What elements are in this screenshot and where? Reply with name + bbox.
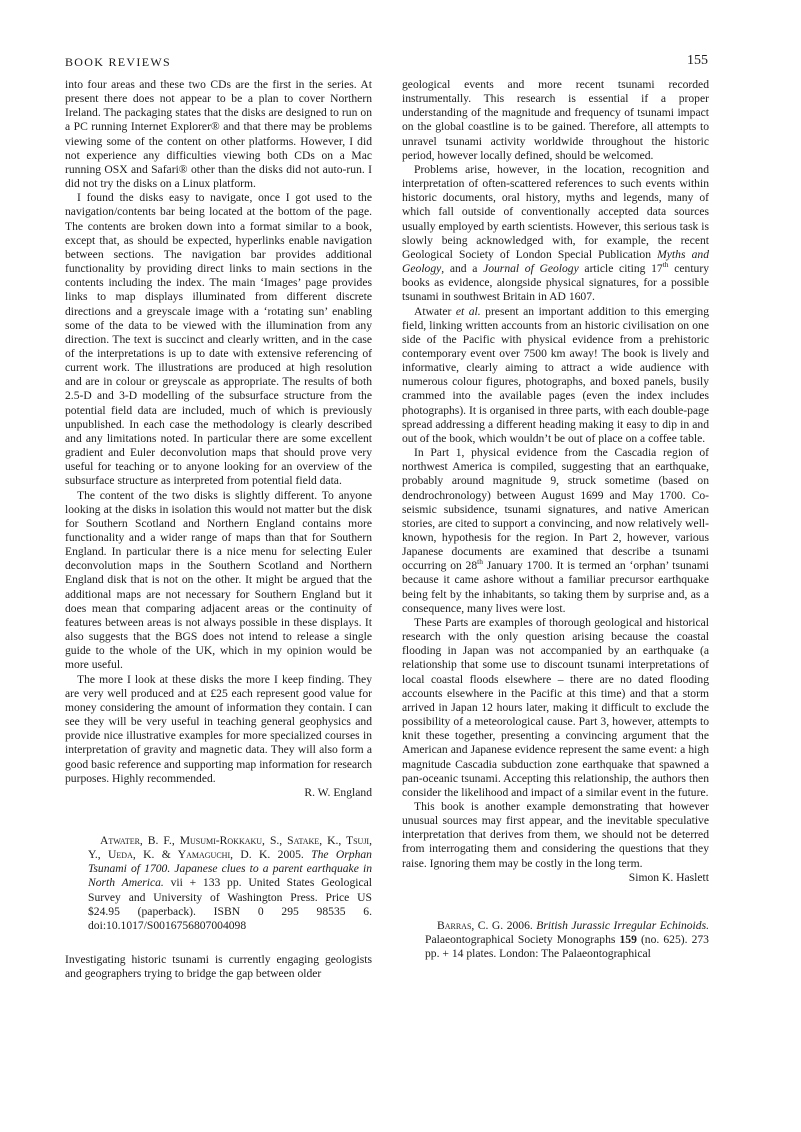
cited-title: Journal of Geology	[483, 262, 579, 275]
paragraph: geological events and more recent tsunam…	[402, 78, 709, 163]
paragraph: The more I look at these disks the more …	[65, 673, 372, 786]
paragraph: This book is another example demonstrati…	[402, 800, 709, 871]
right-column: geological events and more recent tsunam…	[402, 78, 709, 961]
paragraph: Investigating historic tsunami is curren…	[65, 953, 372, 981]
paragraph: These Parts are examples of thorough geo…	[402, 616, 709, 800]
paragraph: Atwater et al. present an important addi…	[402, 305, 709, 447]
paragraph: Problems arise, however, in the location…	[402, 163, 709, 305]
reference-authors: Barras, C. G.	[437, 919, 503, 932]
running-head: BOOK REVIEWS	[65, 55, 171, 70]
reviewer-signature: Simon K. Haslett	[402, 871, 709, 885]
reference-volume: 159	[619, 933, 636, 946]
reference-title: British Jurassic Irregular Echinoids.	[536, 919, 709, 932]
reviewer-signature: R. W. England	[65, 786, 372, 800]
paragraph: into four areas and these two CDs are th…	[65, 78, 372, 191]
paragraph: In Part 1, physical evidence from the Ca…	[402, 446, 709, 616]
book-reference: Atwater, B. F., Musumi-Rokkaku, S., Sata…	[65, 834, 372, 933]
left-column: into four areas and these two CDs are th…	[65, 78, 372, 981]
paragraph: I found the disks easy to navigate, once…	[65, 191, 372, 488]
page-number: 155	[680, 53, 708, 69]
paragraph: The content of the two disks is slightly…	[65, 489, 372, 673]
reference-year: 2005.	[278, 848, 304, 861]
book-reference: Barras, C. G. 2006. British Jurassic Irr…	[402, 919, 709, 961]
reference-year: 2006.	[507, 919, 533, 932]
reference-series: Palaeontographical Society Monographs	[425, 933, 615, 946]
